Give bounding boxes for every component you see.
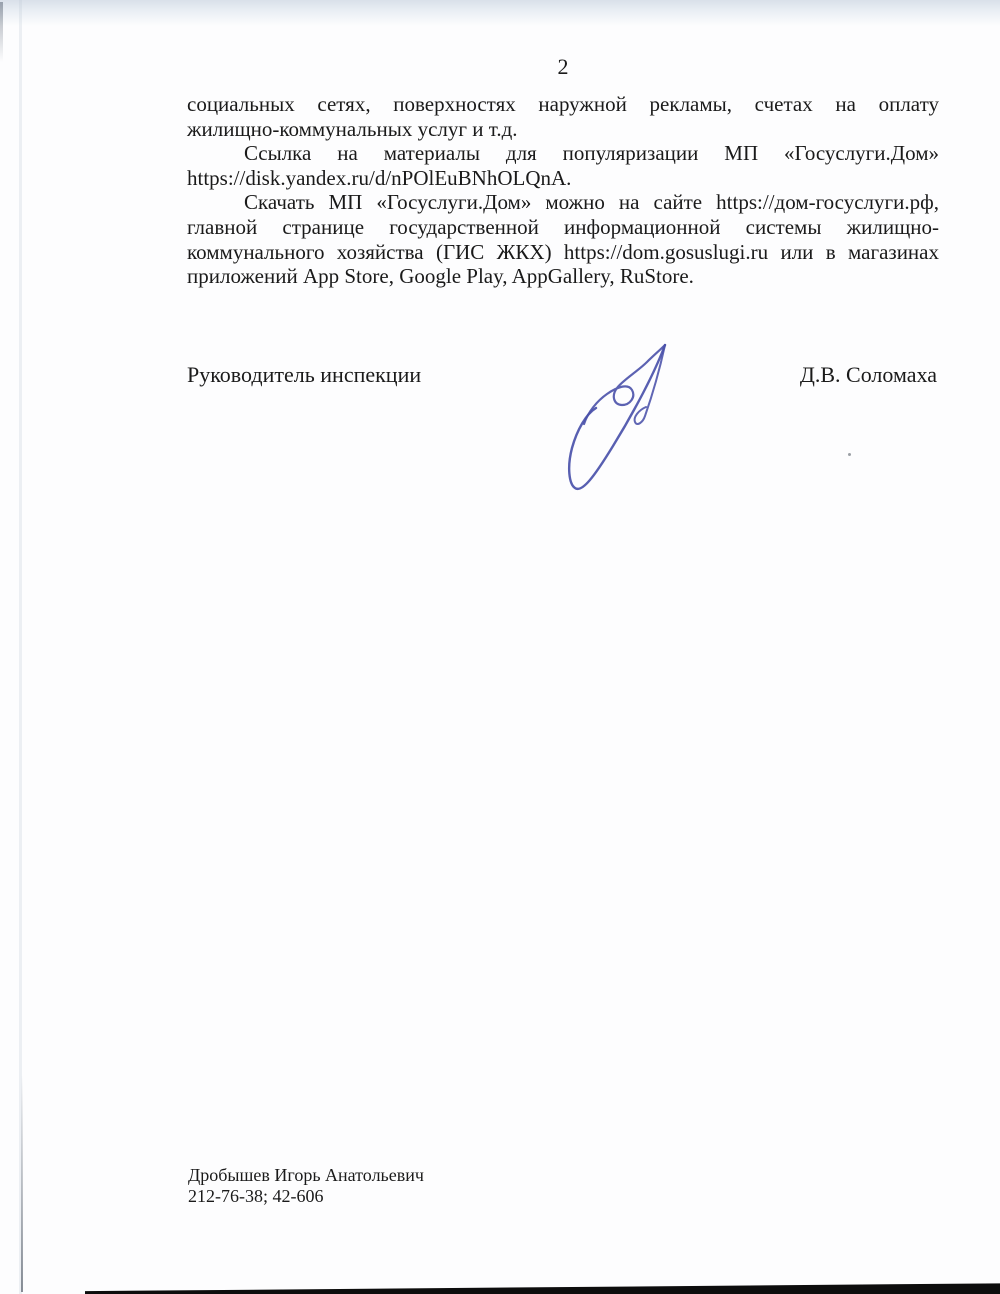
executor-name: Дробышев Игорь Анатольевич <box>188 1165 424 1186</box>
signer-name: Д.В. Соломаха <box>800 362 937 388</box>
text-line: приложений App Store, Google Play, AppGa… <box>187 264 939 289</box>
scan-edge-top <box>0 0 1000 26</box>
signature-ink <box>555 335 695 505</box>
scan-edge-left-line <box>21 1075 23 1292</box>
text-line: жилищно-коммунальных услуг и т.д. <box>187 117 939 142</box>
text-line: Ссылка на материалы для популяризации МП… <box>187 141 939 166</box>
executor-block: Дробышев Игорь Анатольевич 212-76-38; 42… <box>188 1165 424 1206</box>
body-paragraph: социальных сетях, поверхностях наружной … <box>187 92 939 141</box>
body-paragraph: Ссылка на материалы для популяризации МП… <box>187 141 939 190</box>
body-paragraph: Скачать МП «Госуслуги.Дом» можно на сайт… <box>187 190 939 288</box>
text-line: Скачать МП «Госуслуги.Дом» можно на сайт… <box>187 190 939 215</box>
page-number: 2 <box>187 54 939 80</box>
text-line: социальных сетях, поверхностях наружной … <box>187 92 939 117</box>
scan-edge-left-smudge <box>0 2 3 62</box>
text-line: коммунального хозяйства (ГИС ЖКХ) https:… <box>187 240 939 265</box>
executor-phone: 212-76-38; 42-606 <box>188 1186 424 1207</box>
signature-stroke-oval <box>584 345 665 424</box>
signer-title: Руководитель инспекции <box>187 362 421 388</box>
text-line: https://disk.yandex.ru/d/nPOlEuBNhOLQnA. <box>187 166 939 191</box>
ink-speck <box>848 453 851 456</box>
document-body: социальных сетях, поверхностях наружной … <box>187 92 939 289</box>
signature-stroke-loop <box>569 345 665 489</box>
text-line: главной странице государственной информа… <box>187 215 939 240</box>
scanned-document-page: 2 социальных сетях, поверхностях наружно… <box>0 0 1000 1294</box>
scan-edge-bottom <box>85 1281 1000 1294</box>
